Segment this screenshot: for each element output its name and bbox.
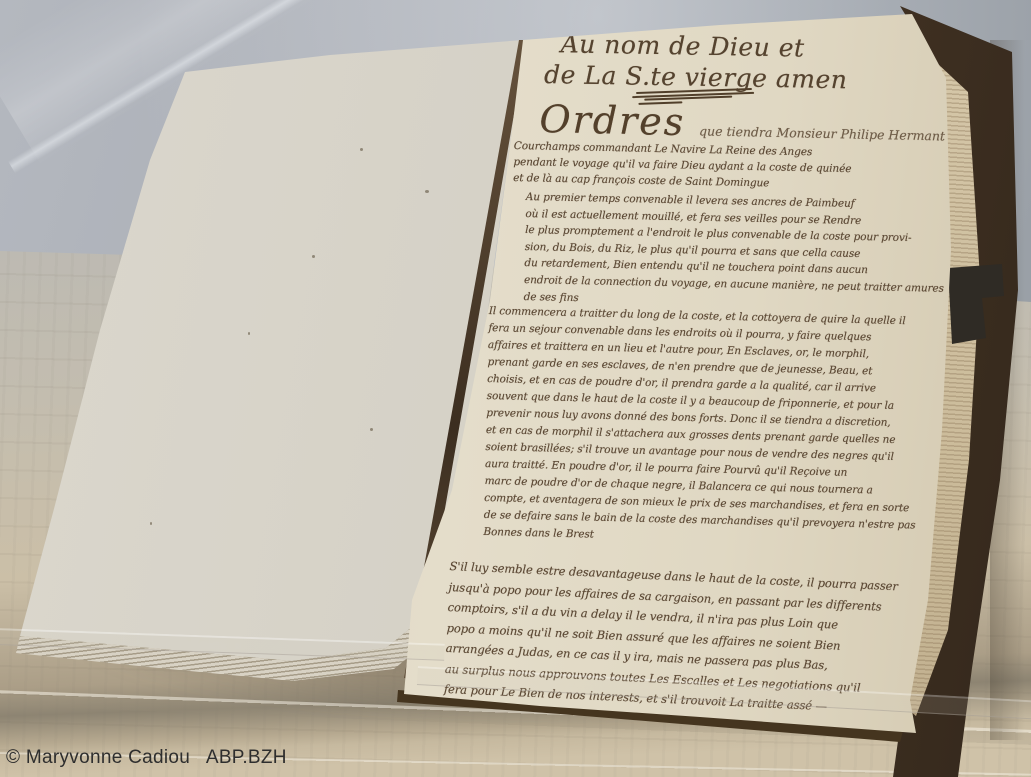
ink-speck <box>360 148 363 151</box>
ink-speck <box>370 428 373 431</box>
ink-speck <box>425 190 429 193</box>
ink-speck <box>248 332 250 335</box>
manuscript-paragraph-1: Courchamps commandant Le Navire La Reine… <box>513 138 954 195</box>
orders-title-continuation: que tiendra Monsieur Philipe Hermant de <box>699 123 965 144</box>
photo-manuscript-display: Au nom de Dieu etde La S.te vierge amen … <box>0 0 1031 777</box>
orders-title-word: Ordres <box>539 97 686 144</box>
ink-speck <box>150 522 152 525</box>
invocation-heading: Au nom de Dieu etde La S.te vierge amen <box>544 28 925 97</box>
ink-speck <box>312 255 315 258</box>
manuscript-paragraph-3: Il commencera a traitter du long de la c… <box>483 303 949 552</box>
photo-credit: © Maryvonne Cadiou ABP.BZH <box>6 747 287 769</box>
manuscript-paragraph-2: Au premier temps convenable il levera se… <box>524 189 956 314</box>
